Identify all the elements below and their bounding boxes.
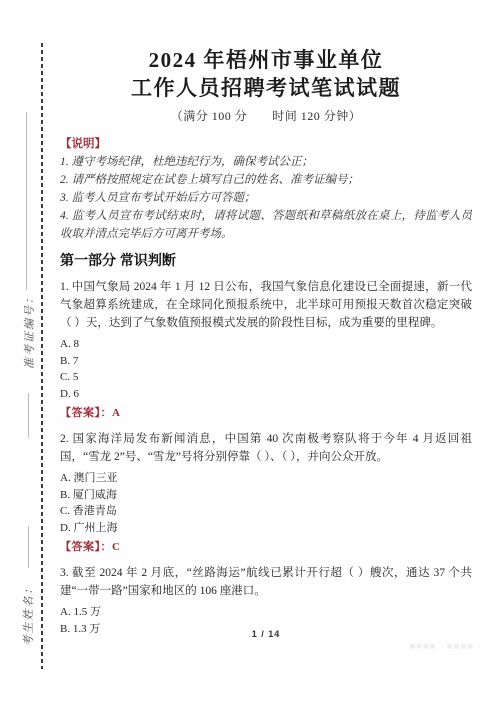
- question-options: A. 8 B. 7 C. 5 D. 6: [60, 336, 472, 402]
- answer-line: 【答案】：C: [60, 539, 472, 556]
- watermark-illegible: ■■■■ ■■■■: [410, 638, 474, 652]
- exam-id-label: 准考证编号：: [21, 291, 37, 369]
- question-text: 3. 截至 2024 年 2 月底，“丝路海运”航线已累计开行超（ ）艘次，通达…: [60, 564, 472, 600]
- exam-notice: 【说明】 1. 遵守考场纪律，杜绝违纪行为，确保考试公正； 2. 请严格按照规定…: [60, 136, 472, 243]
- question-text: 2. 国家海洋局发布新闻消息，中国第 40 次南极考察队将于今年 4 月返回祖国…: [60, 430, 472, 466]
- name-blank-line: [28, 526, 29, 568]
- option-c: C. 香港青岛: [60, 503, 472, 520]
- question-2: 2. 国家海洋局发布新闻消息，中国第 40 次南极考察队将于今年 4 月返回祖国…: [60, 430, 472, 556]
- answer-line: 【答案】：A: [60, 405, 472, 422]
- notice-item: 1. 遵守考场纪律，杜绝违纪行为，确保考试公正；: [60, 153, 472, 171]
- question-text: 1. 中国气象局 2024 年 1 月 12 日公布，我国气象信息化建设已全面提…: [60, 278, 472, 332]
- exam-paper-sheet: 准考证编号： 考生姓名： 2024 年梧州市事业单位 工作人员招聘考试笔试试题 …: [0, 0, 500, 707]
- notice-item: 2. 请严格按照规定在试卷上填写自己的姓名、准考证编号；: [60, 171, 472, 189]
- question-options: A. 澳门三亚 B. 厦门威海 C. 香港青岛 D. 广州上海: [60, 470, 472, 536]
- option-d: D. 6: [60, 386, 472, 403]
- margin-blank-line: [28, 393, 29, 438]
- question-3: 3. 截至 2024 年 2 月底，“丝路海运”航线已累计开行超（ ）艘次，通达…: [60, 564, 472, 637]
- option-a: A. 澳门三亚: [60, 470, 472, 487]
- notice-header: 【说明】: [60, 136, 472, 153]
- page-title-line1: 2024 年梧州市事业单位: [60, 46, 472, 74]
- binding-dashed-line: [41, 43, 43, 669]
- exam-content: 2024 年梧州市事业单位 工作人员招聘考试笔试试题 （满分 100 分 时间 …: [60, 0, 472, 637]
- option-a: A. 8: [60, 336, 472, 353]
- exam-id-blank-line: [26, 112, 27, 290]
- section-heading: 第一部分 常识判断: [60, 250, 472, 270]
- option-b: B. 厦门威海: [60, 487, 472, 504]
- exam-score-time-subtitle: （满分 100 分 时间 120 分钟）: [60, 107, 472, 124]
- notice-item: 4. 监考人员宣布考试结束时，请将试题、答题纸和草稿纸放在桌上，待监考人员收取并…: [60, 207, 472, 243]
- option-a: A. 1.5 万: [60, 604, 472, 621]
- notice-item: 3. 监考人员宣布考试开始后方可答题；: [60, 189, 472, 207]
- option-c: C. 5: [60, 369, 472, 386]
- option-d: D. 广州上海: [60, 520, 472, 537]
- option-b: B. 7: [60, 353, 472, 370]
- page-title-line2: 工作人员招聘考试笔试试题: [60, 74, 472, 102]
- question-1: 1. 中国气象局 2024 年 1 月 12 日公布，我国气象信息化建设已全面提…: [60, 278, 472, 422]
- candidate-name-label: 考生姓名：: [20, 582, 36, 647]
